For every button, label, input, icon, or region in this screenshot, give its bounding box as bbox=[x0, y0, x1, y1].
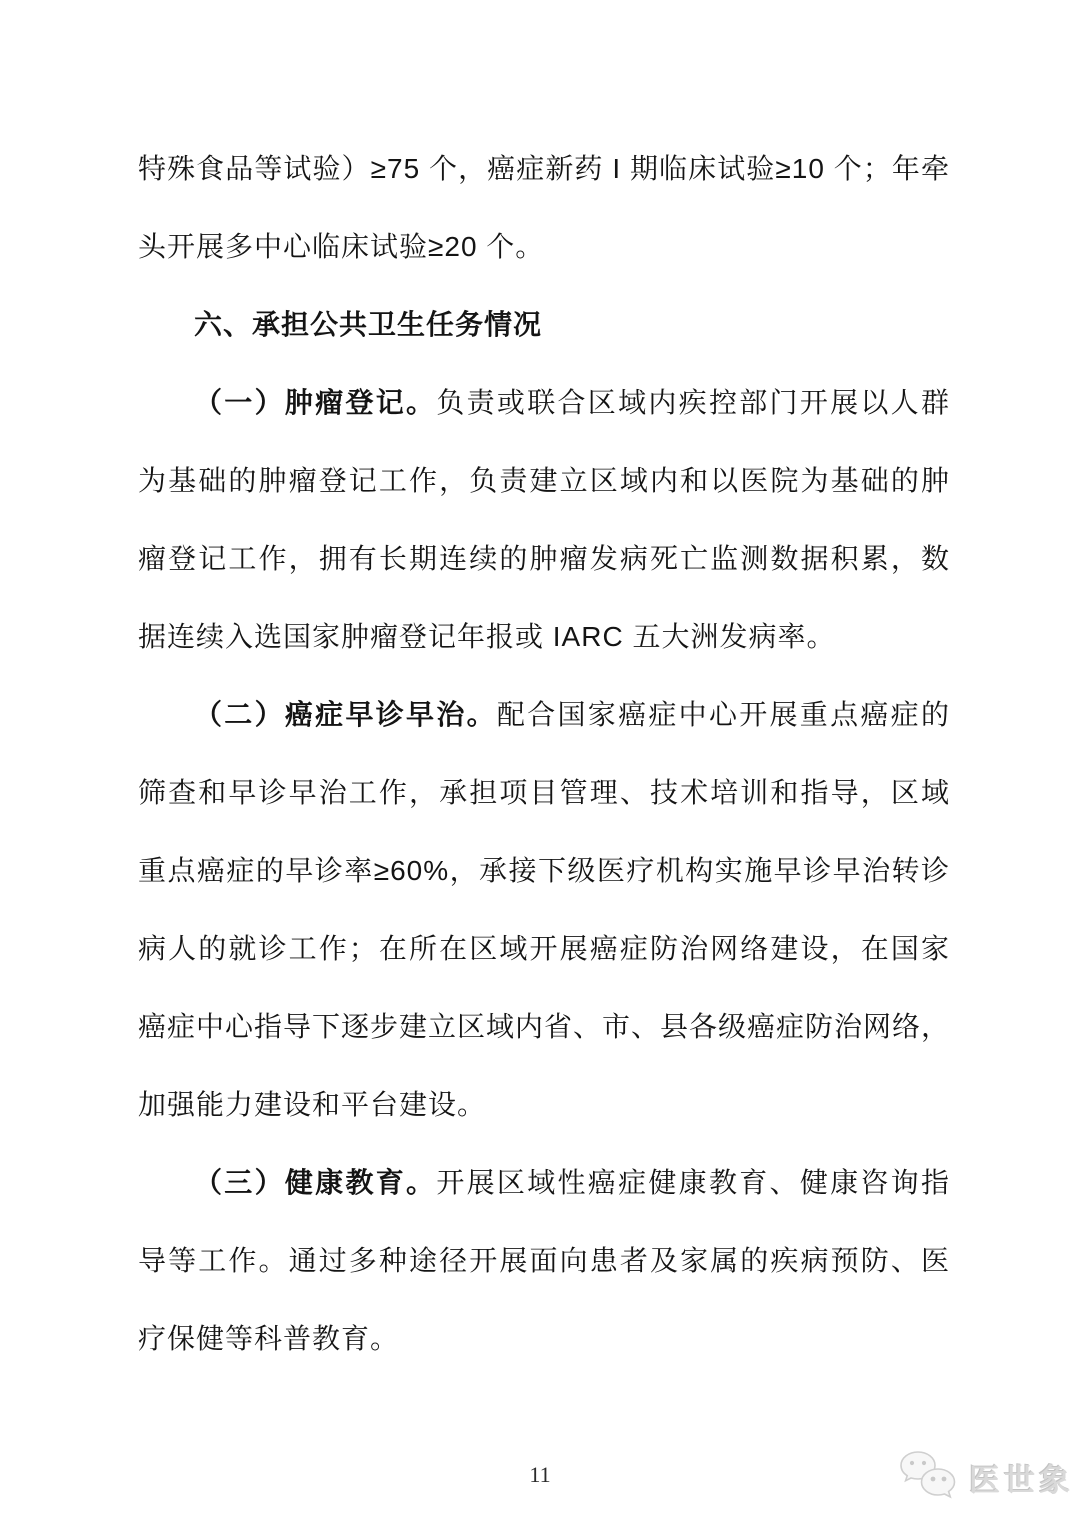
doc-line: 疗保健等科普教育。 bbox=[138, 1300, 950, 1378]
doc-line: 瘤登记工作，拥有长期连续的肿瘤发病死亡监测数据积累，数 bbox=[138, 520, 950, 598]
doc-line: （一）肿瘤登记。负责或联合区域内疾控部门开展以人群 bbox=[138, 364, 950, 442]
doc-line: 重点癌症的早诊率≥60%，承接下级医疗机构实施早诊早治转诊 bbox=[138, 832, 950, 910]
doc-line-text: 开展区域性癌症健康教育、健康咨询指 bbox=[436, 1167, 950, 1198]
watermark-brand: 医世象 bbox=[969, 1455, 1074, 1500]
doc-line: 癌症中心指导下逐步建立区域内省、市、县各级癌症防治网络， bbox=[138, 988, 950, 1066]
doc-line: 导等工作。通过多种途径开展面向患者及家属的疾病预防、医 bbox=[138, 1222, 950, 1300]
doc-line: 病人的就诊工作；在所在区域开展癌症防治网络建设，在国家 bbox=[138, 910, 950, 988]
doc-line: （二）癌症早诊早治。配合国家癌症中心开展重点癌症的 bbox=[138, 676, 950, 754]
item-label: （一）肿瘤登记。 bbox=[194, 387, 436, 418]
watermark: 医世象 bbox=[897, 1448, 1074, 1506]
section-heading: 六、承担公共卫生任务情况 bbox=[138, 286, 950, 364]
document-body: 特殊食品等试验）≥75 个，癌症新药 I 期临床试验≥10 个；年牵 头开展多中… bbox=[138, 130, 950, 1378]
item-label: （二）癌症早诊早治。 bbox=[194, 699, 497, 730]
wechat-bubbles-icon bbox=[897, 1448, 959, 1506]
doc-line: 加强能力建设和平台建设。 bbox=[138, 1066, 950, 1144]
doc-line: 特殊食品等试验）≥75 个，癌症新药 I 期临床试验≥10 个；年牵 bbox=[138, 130, 950, 208]
doc-line: 据连续入选国家肿瘤登记年报或 IARC 五大洲发病率。 bbox=[138, 598, 950, 676]
doc-line: 为基础的肿瘤登记工作，负责建立区域内和以医院为基础的肿 bbox=[138, 442, 950, 520]
document-page: 特殊食品等试验）≥75 个，癌症新药 I 期临床试验≥10 个；年牵 头开展多中… bbox=[0, 0, 1080, 1526]
item-label: （三）健康教育。 bbox=[194, 1167, 436, 1198]
doc-line-text: 负责或联合区域内疾控部门开展以人群 bbox=[436, 387, 950, 418]
doc-line: 筛查和早诊早治工作，承担项目管理、技术培训和指导，区域 bbox=[138, 754, 950, 832]
doc-line-text: 配合国家癌症中心开展重点癌症的 bbox=[497, 699, 950, 730]
doc-line: 头开展多中心临床试验≥20 个。 bbox=[138, 208, 950, 286]
doc-line: （三）健康教育。开展区域性癌症健康教育、健康咨询指 bbox=[138, 1144, 950, 1222]
